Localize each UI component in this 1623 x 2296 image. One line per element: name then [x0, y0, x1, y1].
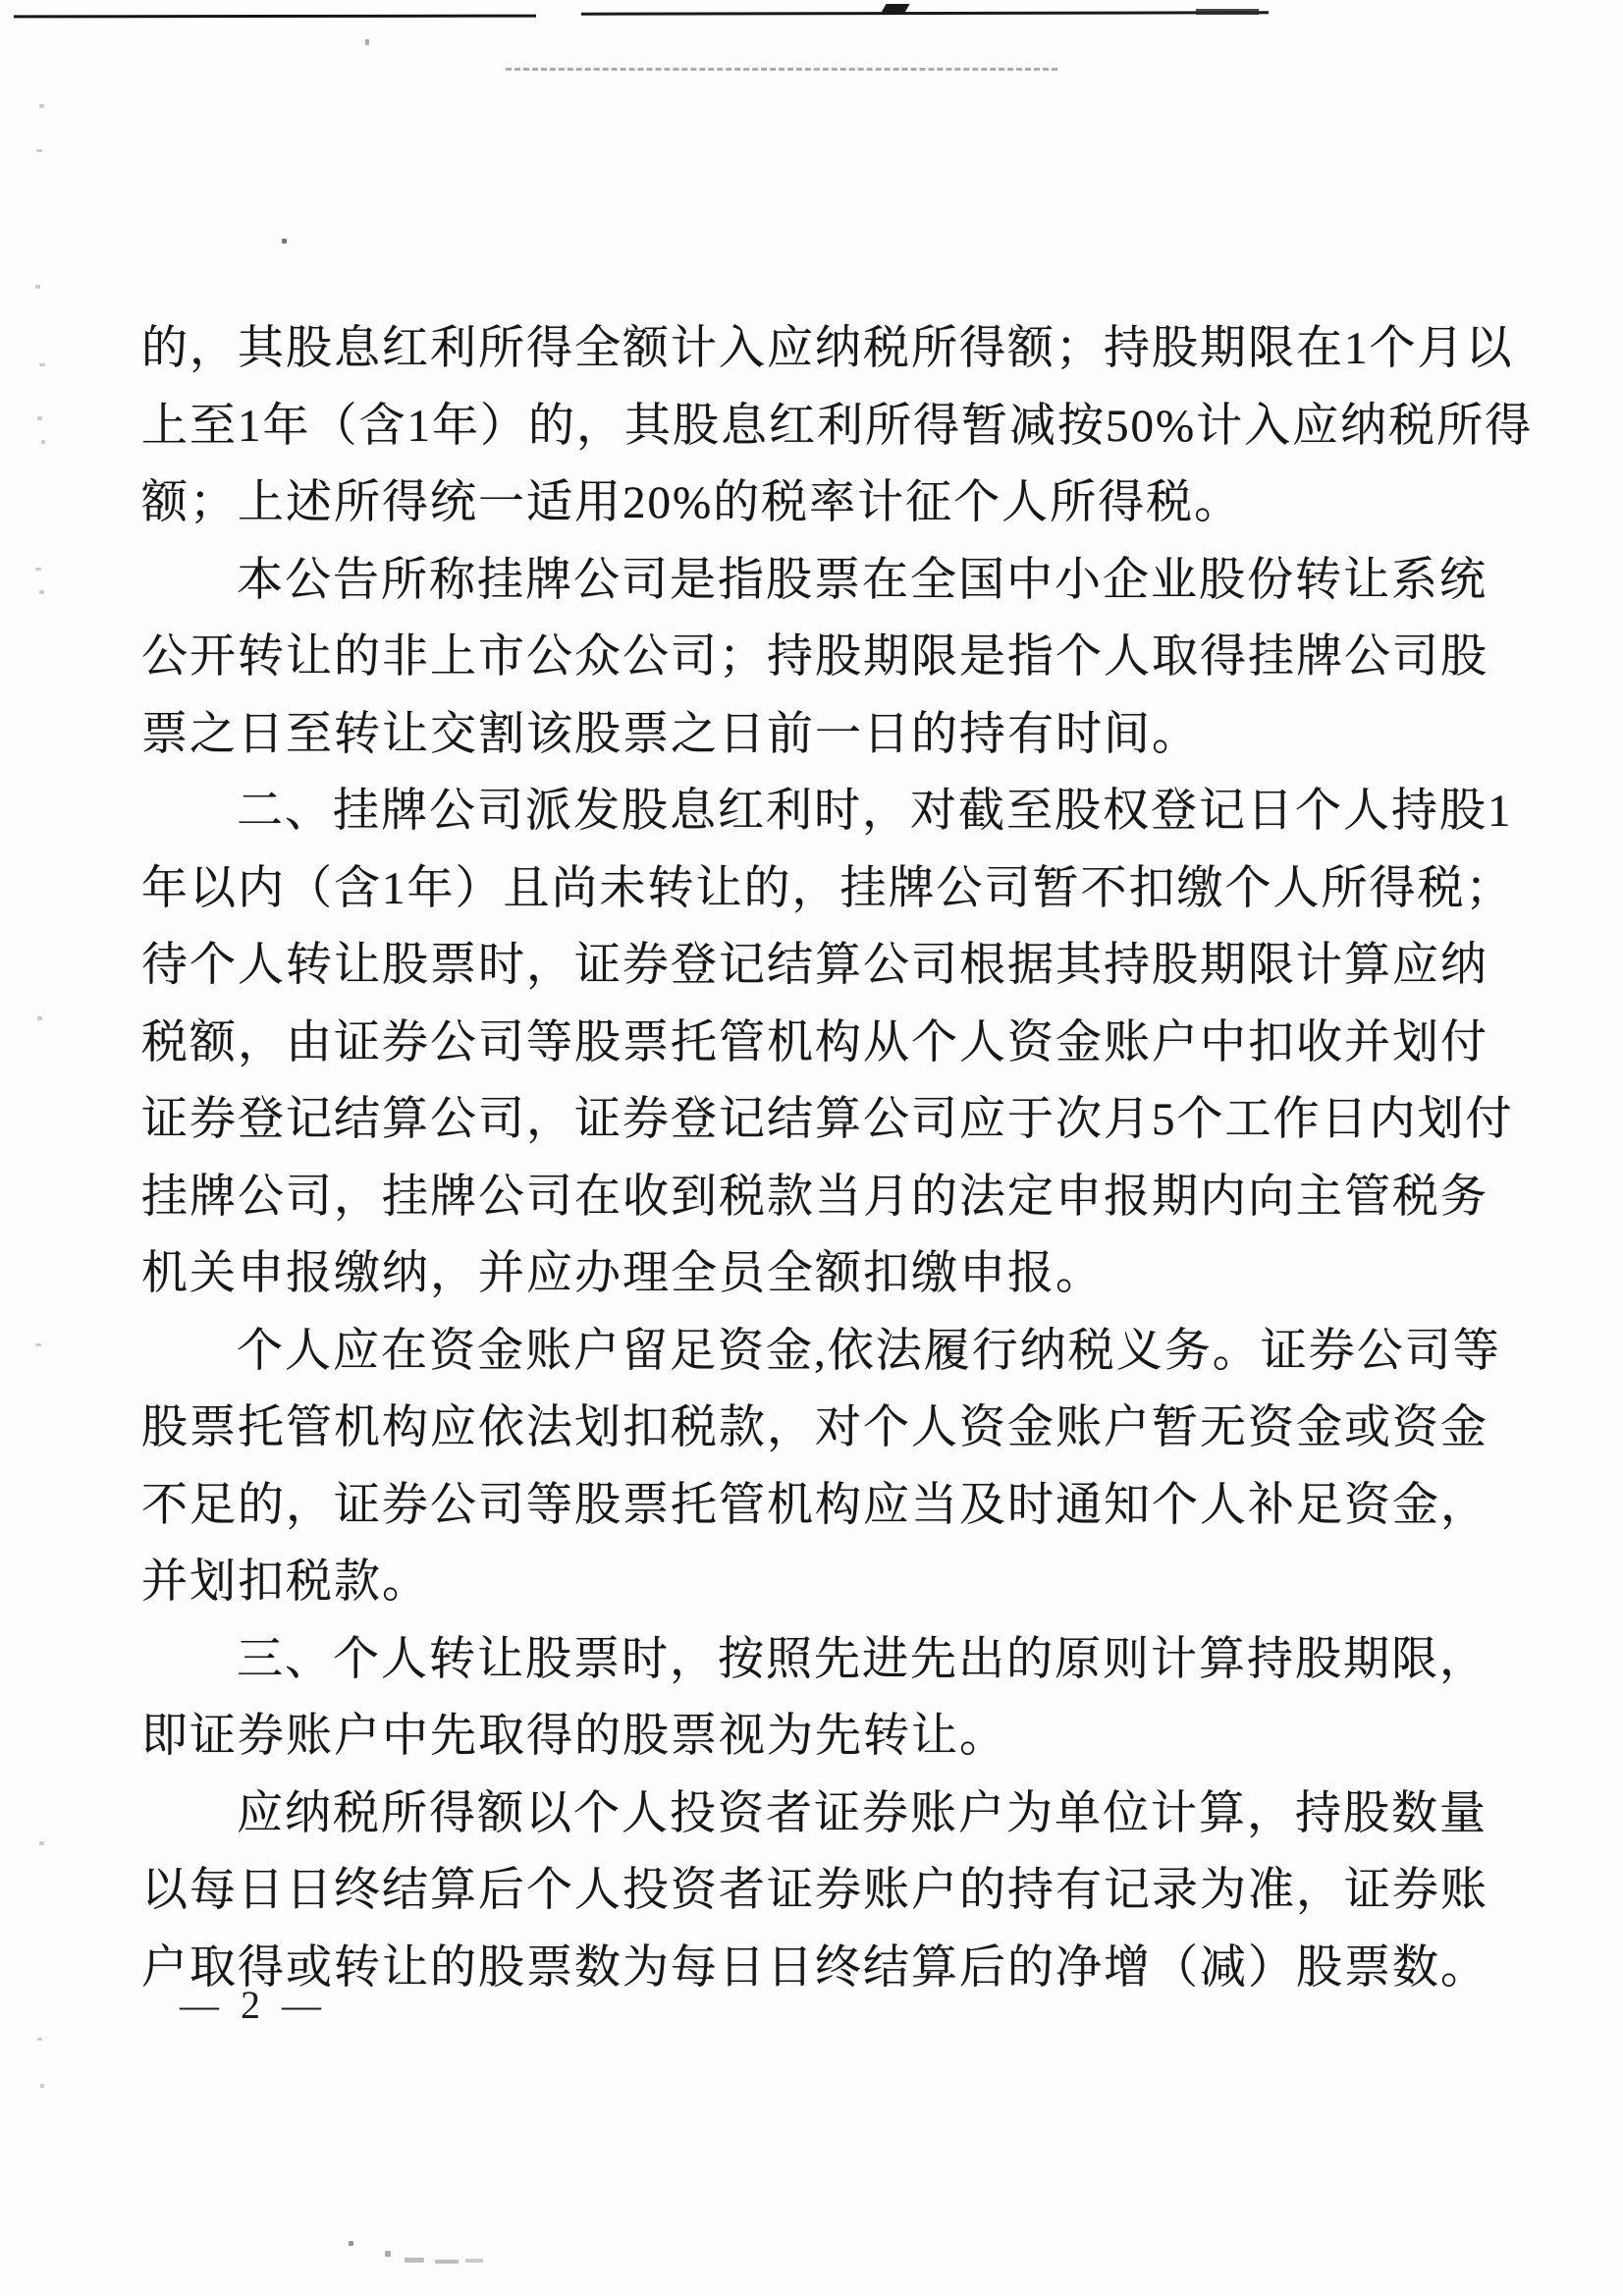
text-line: 票之日至转让交割该股票之日前一日的持有时间。 [141, 696, 1485, 774]
scan-artifact-mark [881, 4, 909, 13]
scan-speckle [435, 2260, 459, 2264]
scan-artifact-mark [1196, 9, 1259, 15]
scan-speckle [405, 2258, 424, 2263]
text-line: 个人应在资金账户留足资金,依法履行纳税义务。证券公司等 [141, 1313, 1485, 1391]
document-page: 的，其股息红利所得全额计入应纳税所得额；持股期限在1个月以 上至1年（含1年）的… [0, 0, 1623, 2296]
text-line: 年以内（含1年）且尚未转让的，挂牌公司暂不扣缴个人所得税； [141, 850, 1485, 928]
scan-speckle [282, 239, 287, 244]
text-line: 股票托管机构应依法划扣税款，对个人资金账户暂无资金或资金 [141, 1390, 1485, 1467]
text-line: 三、个人转让股票时，按照先进先出的原则计算持股期限， [141, 1621, 1485, 1699]
text-line: 的，其股息红利所得全额计入应纳税所得额；持股期限在1个月以 [141, 310, 1485, 388]
scan-artifact-top-line [14, 15, 536, 19]
scan-artifact-dashed-line [506, 68, 1057, 71]
text-line: 二、挂牌公司派发股息红利时，对截至股权登记日个人持股1 [141, 773, 1485, 850]
scan-speckle [37, 2038, 42, 2041]
scan-speckle [385, 2251, 391, 2257]
scan-speckle [37, 1016, 42, 1020]
page-number: — 2 — [180, 1982, 327, 2028]
scan-speckle [40, 2084, 44, 2088]
scan-speckle [35, 568, 41, 571]
text-line: 并划扣税款。 [141, 1544, 1485, 1621]
text-line: 即证券账户中先取得的股票视为先转让。 [141, 1698, 1485, 1776]
scan-speckle [36, 149, 42, 152]
scan-speckle [41, 440, 45, 444]
text-line: 应纳税所得额以个人投资者证券账户为单位计算，持股数量 [141, 1776, 1485, 1853]
scan-speckle [39, 590, 44, 594]
text-line: 机关申报缴纳，并应办理全员全额扣缴申报。 [141, 1235, 1485, 1313]
text-line: 不足的，证券公司等股票托管机构应当及时通知个人补足资金， [141, 1467, 1485, 1545]
text-line: 额；上述所得统一适用20%的税率计征个人所得税。 [141, 465, 1485, 542]
scan-speckle [349, 2241, 353, 2246]
text-line: 户取得或转让的股票数为每日日终结算后的净增（减）股票数。 [141, 1930, 1485, 2007]
scan-speckle [465, 2259, 483, 2263]
text-line: 挂牌公司，挂牌公司在收到税款当月的法定申报期内向主管税务 [141, 1159, 1485, 1236]
text-line: 以每日日终结算后个人投资者证券账户的持有记录为准，证券账 [141, 1852, 1485, 1930]
text-line: 待个人转让股票时，证券登记结算公司根据其持股期限计算应纳 [141, 927, 1485, 1005]
scan-speckle [365, 39, 369, 45]
scan-speckle [39, 104, 44, 108]
scan-speckle [39, 363, 45, 366]
document-text-block: 的，其股息红利所得全额计入应纳税所得额；持股期限在1个月以 上至1年（含1年）的… [141, 310, 1485, 2006]
text-line: 上至1年（含1年）的，其股息红利所得暂减按50%计入应纳税所得 [141, 388, 1485, 465]
scan-speckle [39, 1841, 44, 1845]
text-line: 证券登记结算公司，证券登记结算公司应于次月5个工作日内划付 [141, 1081, 1485, 1159]
scan-speckle [35, 285, 40, 289]
scan-artifact-top-line [581, 11, 1269, 15]
text-line: 公开转让的非上市公众公司；持股期限是指个人取得挂牌公司股 [141, 619, 1485, 696]
scan-speckle [37, 416, 42, 420]
text-line: 税额，由证券公司等股票托管机构从个人资金账户中扣收并划付 [141, 1005, 1485, 1082]
text-line: 本公告所称挂牌公司是指股票在全国中小企业股份转让系统 [141, 542, 1485, 620]
scan-speckle [35, 1343, 41, 1346]
